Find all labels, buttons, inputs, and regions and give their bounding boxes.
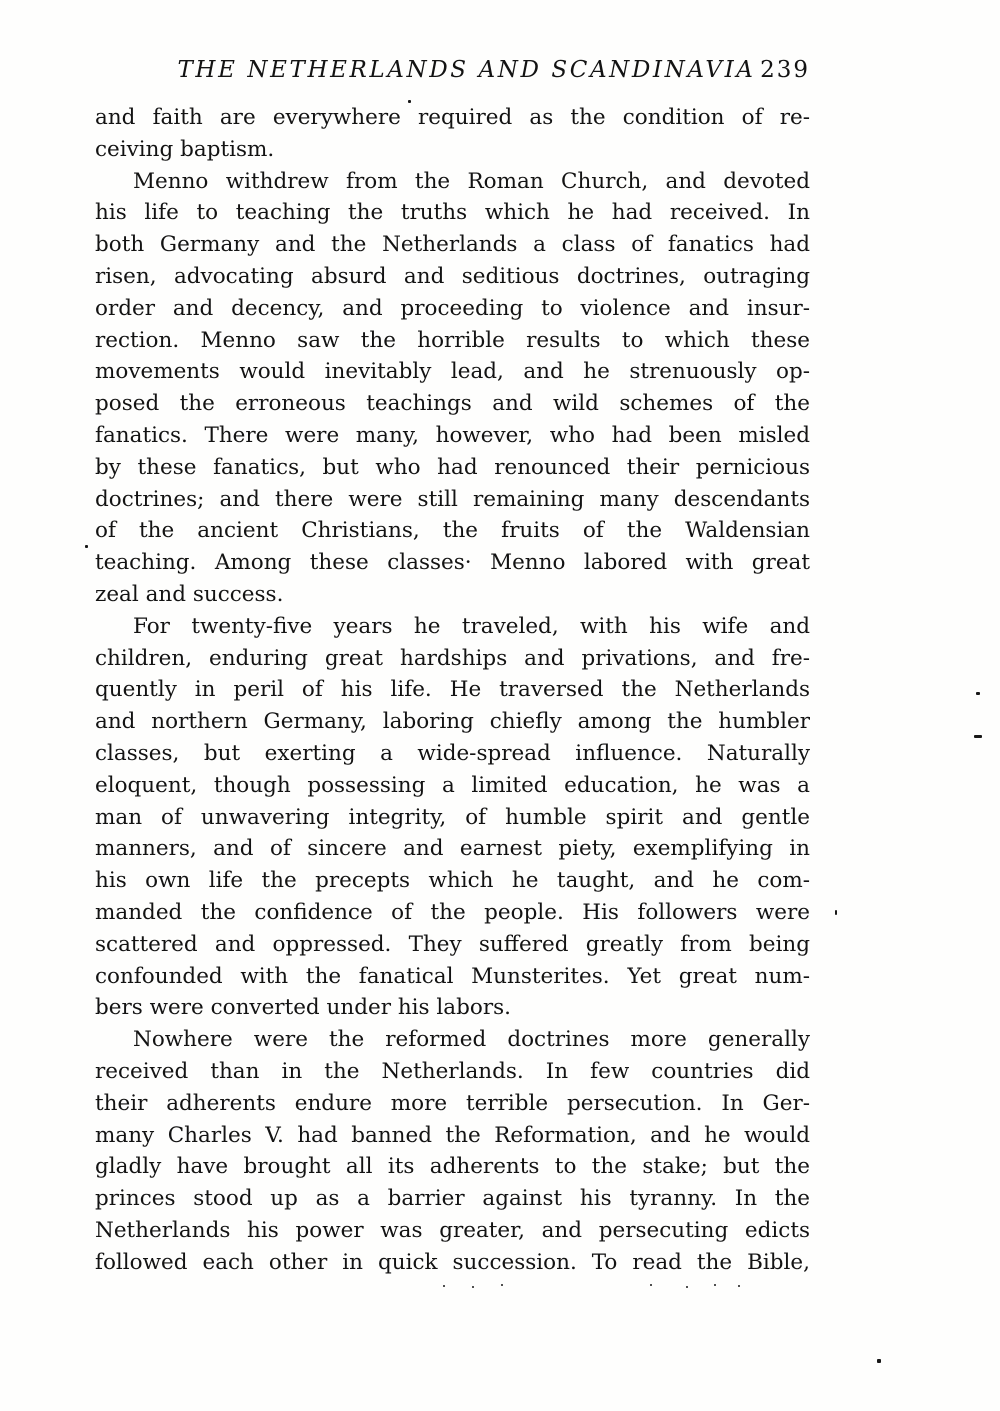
- ink-speck: [85, 545, 88, 548]
- ink-speck: [408, 100, 411, 103]
- text-line: manded the confidence of the people. His…: [95, 897, 810, 929]
- text-line: eloquent, though possessing a limited ed…: [95, 770, 810, 802]
- ink-speck: [501, 1284, 503, 1286]
- text-line: his own life the precepts which he taugh…: [95, 865, 810, 897]
- text-line: teaching. Among these classes· Menno lab…: [95, 547, 810, 579]
- text-line: classes, but exerting a wide-spread infl…: [95, 738, 810, 770]
- text-line: rection. Menno saw the horrible results …: [95, 325, 810, 357]
- ink-speck: [443, 1285, 445, 1287]
- text-line: followed each other in quick succession.…: [95, 1247, 810, 1279]
- text-line: their adherents endure more terrible per…: [95, 1088, 810, 1120]
- running-title: THE NETHERLANDS AND SCANDINAVIA: [177, 57, 755, 83]
- text-line: many Charles V. had banned the Reformati…: [95, 1120, 810, 1152]
- text-line: risen, advocating absurd and seditious d…: [95, 261, 810, 293]
- text-line: both Germany and the Netherlands a class…: [95, 229, 810, 261]
- text-line: gladly have brought all its adherents to…: [95, 1151, 810, 1183]
- text-line: quently in peril of his life. He travers…: [95, 674, 810, 706]
- text-line: by these fanatics, but who had renounced…: [95, 452, 810, 484]
- text-line: of the ancient Christians, the fruits of…: [95, 515, 810, 547]
- ink-speck: [976, 692, 980, 695]
- text-line: Netherlands his power was greater, and p…: [95, 1215, 810, 1247]
- text-line: bers were converted under his labors.: [95, 992, 810, 1024]
- text-line: posed the erroneous teachings and wild s…: [95, 388, 810, 420]
- ink-speck: [738, 1285, 740, 1287]
- ink-speck: [686, 1286, 688, 1288]
- text-line: scattered and oppressed. They suffered g…: [95, 929, 810, 961]
- book-page: THE NETHERLANDS AND SCANDINAVIA 239 and …: [0, 0, 1000, 1411]
- page-header: THE NETHERLANDS AND SCANDINAVIA 239: [95, 57, 810, 89]
- text-line: Nowhere were the reformed doctrines more…: [95, 1024, 810, 1056]
- text-line: manners, and of sincere and earnest piet…: [95, 833, 810, 865]
- text-line: confounded with the fanatical Munsterite…: [95, 961, 810, 993]
- text-line: and northern Germany, laboring chiefly a…: [95, 706, 810, 738]
- ink-speck: [974, 735, 982, 738]
- page-body: and faith are everywhere required as the…: [95, 102, 810, 1278]
- text-line: movements would inevitably lead, and he …: [95, 356, 810, 388]
- text-line: doctrines; and there were still remainin…: [95, 484, 810, 516]
- ink-speck: [835, 910, 837, 915]
- text-line: and faith are everywhere required as the…: [95, 102, 810, 134]
- ink-speck: [472, 1286, 474, 1288]
- text-line: fanatics. There were many, however, who …: [95, 420, 810, 452]
- text-line: children, enduring great hardships and p…: [95, 643, 810, 675]
- text-line: princes stood up as a barrier against hi…: [95, 1183, 810, 1215]
- text-line: his life to teaching the truths which he…: [95, 197, 810, 229]
- text-line: zeal and success.: [95, 579, 810, 611]
- text-line: ceiving baptism.: [95, 134, 810, 166]
- page-number: 239: [760, 57, 810, 83]
- ink-speck: [877, 1359, 881, 1363]
- text-line: Menno withdrew from the Roman Church, an…: [95, 166, 810, 198]
- ink-speck: [650, 1284, 652, 1286]
- ink-speck: [714, 1284, 716, 1286]
- text-line: man of unwavering integrity, of humble s…: [95, 802, 810, 834]
- text-line: order and decency, and proceeding to vio…: [95, 293, 810, 325]
- text-line: For twenty-five years he traveled, with …: [95, 611, 810, 643]
- text-line: received than in the Netherlands. In few…: [95, 1056, 810, 1088]
